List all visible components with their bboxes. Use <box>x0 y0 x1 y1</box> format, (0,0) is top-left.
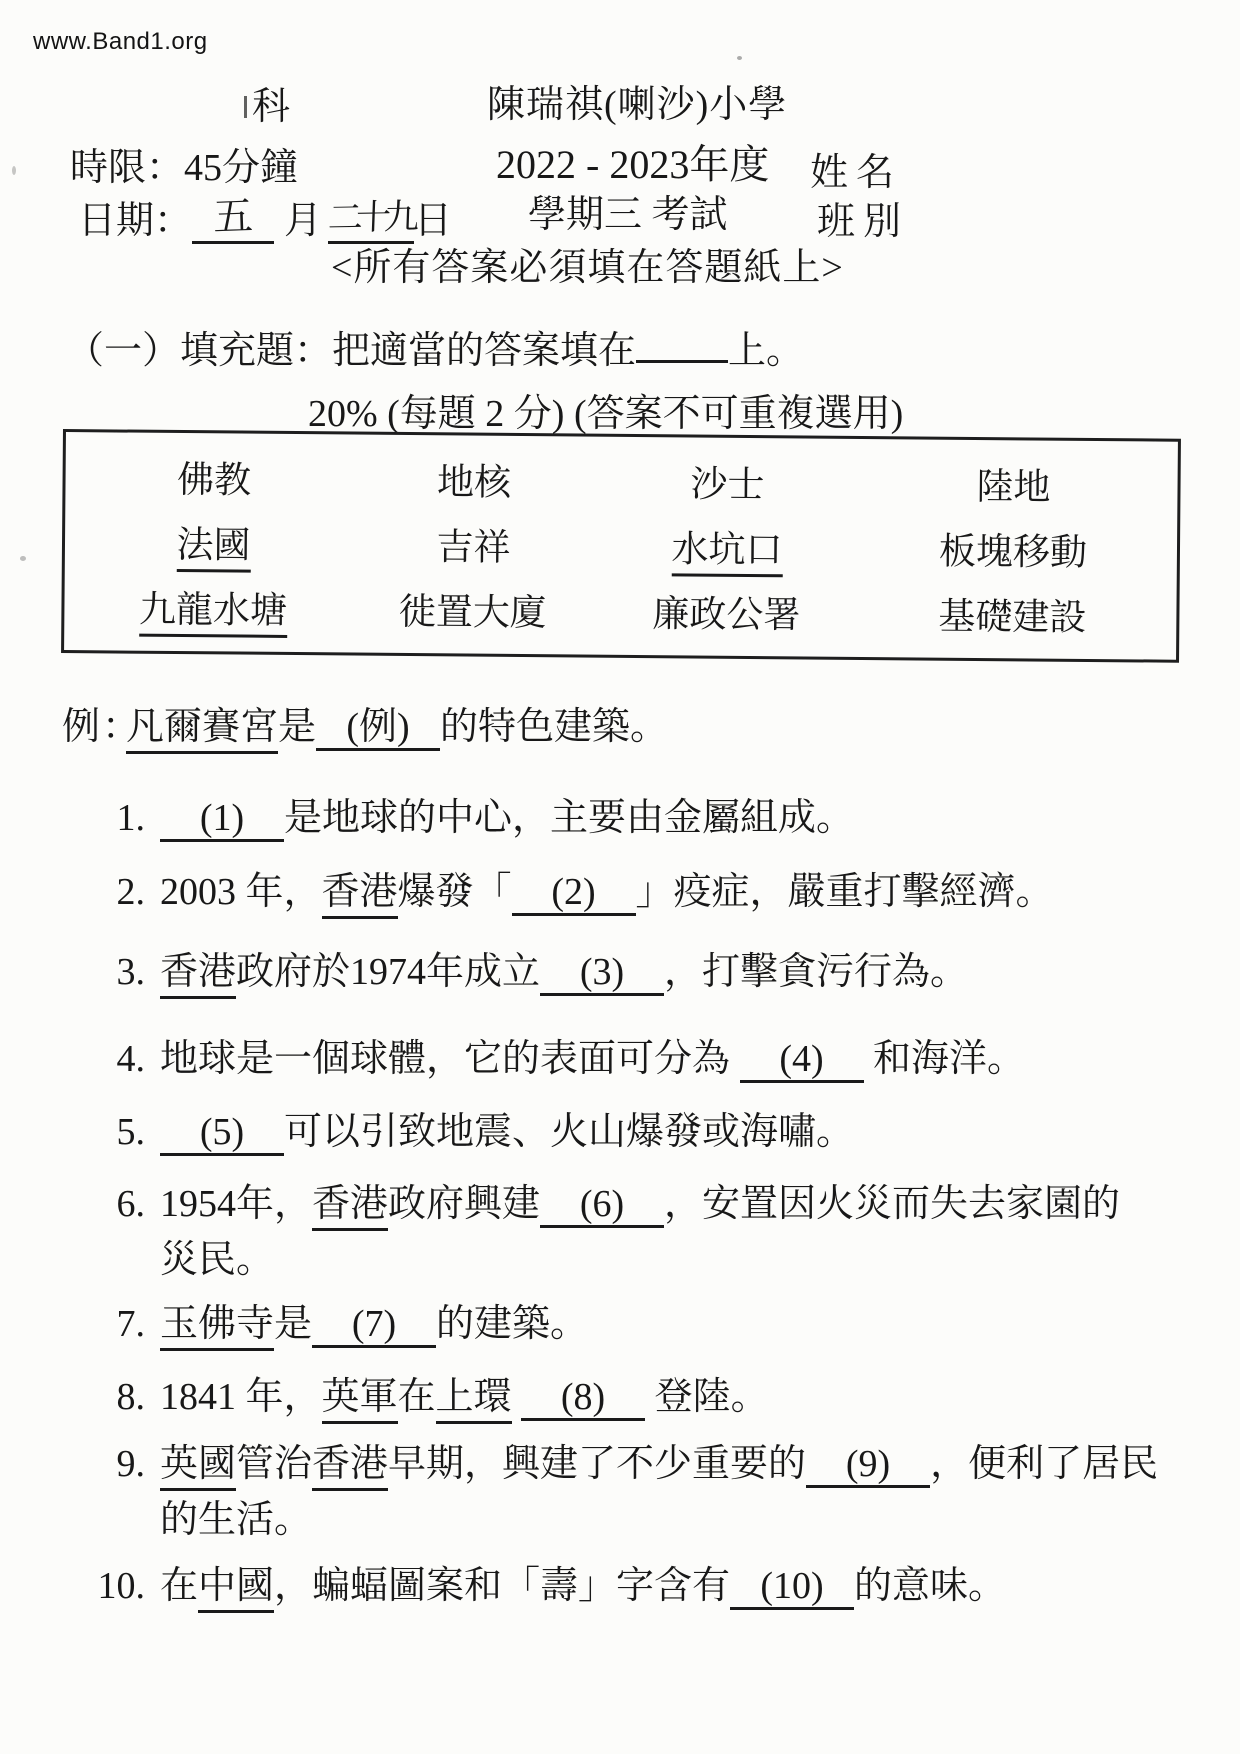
question-text: 英國管治香港早期，興建了不少重要的(9)，便利了居民的生活。 <box>160 1436 1222 1548</box>
word-bank-item: 九龍水塘 <box>139 579 287 634</box>
example-label: 例： <box>62 701 126 753</box>
word-bank-item: 地核 <box>437 451 511 506</box>
underlined-term: 香港 <box>312 1443 388 1491</box>
underlined-term: 凡爾賽宮 <box>126 706 278 754</box>
word-bank-item: 板塊移動 <box>939 521 1087 576</box>
underlined-term: 中國 <box>198 1565 274 1613</box>
fill-in-blank: (9) <box>806 1443 930 1488</box>
underlined-term: 玉佛寺 <box>160 1303 274 1351</box>
handwritten-month: 五 <box>212 193 254 240</box>
word-bank-term-underlined: 法國 <box>176 525 250 573</box>
underlined-term: 香港 <box>312 1183 388 1231</box>
word-bank-item: 陸地 <box>976 456 1050 511</box>
example-row: 例：凡爾賽宮是(例)的特色建築。 <box>62 701 668 753</box>
question-row: 6.1954年，香港政府興建(6)，安置因火災而失去家園的災民。 <box>85 1176 1222 1288</box>
word-bank-term: 吉祥 <box>436 527 510 569</box>
question-text-segment: 在 <box>398 1376 436 1418</box>
question-row: 9.英國管治香港早期，興建了不少重要的(9)，便利了居民的生活。 <box>85 1436 1222 1548</box>
question-text-segment: 災民。 <box>160 1239 274 1281</box>
question-text-segment: 是地球的中心，主要由金屬組成。 <box>284 797 854 839</box>
word-bank-box: 佛教地核沙士陸地法國吉祥水坑口板塊移動九龍水塘徙置大廈廉政公署基礎建設 <box>61 429 1181 663</box>
underlined-term: 上環 <box>436 1376 512 1424</box>
question-text-segment: 可以引致地震、火山爆發或海嘯。 <box>284 1111 854 1153</box>
underlined-term: 香港 <box>322 871 398 919</box>
word-bank-term: 廉政公署 <box>652 594 800 636</box>
section-title: （一）填充題：把適當的答案填在上。 <box>66 328 804 374</box>
underlined-term: 英軍 <box>322 1376 398 1424</box>
question-text-segment: 在 <box>160 1565 198 1607</box>
question-number: 6. <box>85 1176 145 1232</box>
question-row: 1.(1)是地球的中心，主要由金屬組成。 <box>85 790 1222 846</box>
question-row: 4.地球是一個球體，它的表面可分為 (4) 和海洋。 <box>85 1031 1222 1087</box>
question-number: 5. <box>85 1104 145 1160</box>
question-text-segment: 的意味。 <box>854 1565 1006 1607</box>
question-text-segment: 2003 年， <box>160 871 322 913</box>
question-text: 香港政府於1974年成立(3)，打擊貪污行為。 <box>160 944 1222 1000</box>
question-number: 4. <box>85 1031 145 1087</box>
section-title-suffix: 上。 <box>728 330 804 372</box>
underlined-term: 英國 <box>160 1443 236 1491</box>
word-bank-item: 水坑口 <box>671 518 782 573</box>
question-text-segment: ，蝙蝠圖案和「壽」字含有 <box>274 1565 730 1607</box>
subject-label: 科 <box>252 84 290 130</box>
question-text: 在中國，蝙蝠圖案和「壽」字含有(10)的意味。 <box>160 1558 1222 1614</box>
date-row: 日期：五月二十九日 <box>78 194 452 244</box>
question-number: 1. <box>85 790 145 846</box>
word-bank-item: 佛教 <box>177 449 251 504</box>
question-text-segment: 政府興建 <box>388 1183 540 1225</box>
question-number: 9. <box>85 1436 145 1492</box>
day-label: 日 <box>414 200 452 242</box>
section-title-blank <box>636 360 728 363</box>
cropped-character-fragment <box>244 96 247 118</box>
question-number: 10. <box>85 1558 145 1614</box>
question-row: 5.(5)可以引致地震、火山爆發或海嘯。 <box>85 1104 1222 1160</box>
scan-speck <box>737 56 742 60</box>
question-text-segment: 登陸。 <box>645 1376 769 1418</box>
question-text-segment: 1954年， <box>160 1183 312 1225</box>
fill-in-blank: (3) <box>540 951 664 996</box>
word-bank-term: 陸地 <box>976 467 1050 509</box>
fill-in-blank: (1) <box>160 797 284 842</box>
question-text-segment: 的生活。 <box>160 1499 312 1541</box>
word-bank-item: 徙置大廈 <box>399 581 547 636</box>
question-number: 7. <box>85 1296 145 1352</box>
fill-in-blank: (5) <box>160 1111 284 1156</box>
question-text: 玉佛寺是(7)的建築。 <box>160 1296 1222 1352</box>
question-row: 7.玉佛寺是(7)的建築。 <box>85 1296 1222 1352</box>
word-bank-term: 基礎建設 <box>938 597 1086 639</box>
question-number: 8. <box>85 1369 145 1425</box>
school-name: 陳瑞祺(喇沙)小學 <box>487 82 787 128</box>
fill-in-blank: (6) <box>540 1183 664 1228</box>
exam-paper-scan: www.Band1.org 科 陳瑞祺(喇沙)小學 時限：45分鐘 2022 -… <box>0 0 1240 1754</box>
date-month-blank: 五 <box>192 194 274 244</box>
watermark-url: www.Band1.org <box>33 28 208 56</box>
question-text: (1)是地球的中心，主要由金屬組成。 <box>160 790 1222 846</box>
word-bank-item: 沙士 <box>690 453 764 508</box>
question-text: 地球是一個球體，它的表面可分為 (4) 和海洋。 <box>160 1031 1222 1087</box>
word-bank-item: 吉祥 <box>436 516 510 571</box>
name-label: 姓名 <box>810 150 902 196</box>
question-text: 1841 年，英軍在上環 (8) 登陸。 <box>160 1369 1222 1425</box>
fill-in-blank: (4) <box>740 1038 864 1083</box>
question-number: 2. <box>85 864 145 920</box>
word-bank-item: 廉政公署 <box>652 583 800 638</box>
time-limit-label: 時限：45分鐘 <box>70 145 298 191</box>
fill-in-blank: (10) <box>730 1565 854 1610</box>
question-text-segment: 1841 年， <box>160 1376 322 1418</box>
word-bank-term-underlined: 九龍水塘 <box>139 590 287 638</box>
handwritten-day: 二十九 <box>327 194 420 242</box>
class-label: 班別 <box>817 199 909 245</box>
date-prefix: 日期： <box>78 200 192 242</box>
fill-in-blank: (2) <box>512 871 636 916</box>
word-bank-item: 法國 <box>176 514 250 569</box>
question-text-segment: 爆發「 <box>398 871 512 913</box>
word-bank-term: 沙士 <box>690 464 764 506</box>
fill-in-blank: (8) <box>521 1376 645 1421</box>
question-row: 8.1841 年，英軍在上環 (8) 登陸。 <box>85 1369 1222 1425</box>
question-text-segment: 的建築。 <box>436 1303 588 1345</box>
question-text-segment: 是 <box>278 706 316 748</box>
question-row: 3.香港政府於1974年成立(3)，打擊貪污行為。 <box>85 944 1222 1000</box>
question-text-segment: 是 <box>274 1303 312 1345</box>
question-text-segment: 的特色建築。 <box>440 706 668 748</box>
question-text: 1954年，香港政府興建(6)，安置因火災而失去家園的災民。 <box>160 1176 1222 1288</box>
underlined-term: 香港 <box>160 951 236 999</box>
scan-speck <box>12 166 16 175</box>
question-text-segment: ，打擊貪污行為。 <box>664 951 968 993</box>
example-text: 凡爾賽宮是(例)的特色建築。 <box>126 706 668 748</box>
scan-speck <box>20 556 26 561</box>
word-bank-term-underlined: 水坑口 <box>671 529 782 577</box>
word-bank-term: 板塊移動 <box>939 532 1087 574</box>
question-text-segment: 和海洋。 <box>864 1038 1026 1080</box>
question-text: (5)可以引致地震、火山爆發或海嘯。 <box>160 1104 1222 1160</box>
question-row: 2.2003 年，香港爆發「(2)」疫症，嚴重打擊經濟。 <box>85 864 1222 920</box>
word-bank-term: 佛教 <box>177 460 251 502</box>
word-bank-term: 地核 <box>437 462 511 504</box>
question-text-segment: 」疫症，嚴重打擊經濟。 <box>636 871 1054 913</box>
question-number: 3. <box>85 944 145 1000</box>
question-text-segment <box>512 1376 522 1418</box>
question-row: 10.在中國，蝙蝠圖案和「壽」字含有(10)的意味。 <box>85 1558 1222 1614</box>
question-text-segment: 管治 <box>236 1443 312 1485</box>
term-exam-label: 學期三 考試 <box>528 192 728 238</box>
scoring-note: 20% (每題 2 分) (答案不可重複選用) <box>308 391 903 437</box>
fill-in-blank: (7) <box>312 1303 436 1348</box>
word-bank-term: 徙置大廈 <box>399 592 547 634</box>
month-label: 月 <box>284 200 322 242</box>
question-text: 2003 年，香港爆發「(2)」疫症，嚴重打擊經濟。 <box>160 864 1222 920</box>
question-text-segment: 早期，興建了不少重要的 <box>388 1443 806 1485</box>
date-day-blank: 二十九 <box>328 194 414 244</box>
school-year: 2022 - 2023年度 <box>496 142 769 188</box>
question-text-segment: ，安置因火災而失去家園的 <box>664 1183 1120 1225</box>
fill-in-blank: (例) <box>316 706 440 751</box>
answer-sheet-instruction: <所有答案必須填在答題紙上> <box>331 245 844 291</box>
word-bank-item: 基礎建設 <box>938 586 1086 641</box>
section-title-text: （一）填充題：把適當的答案填在 <box>66 330 636 372</box>
question-text-segment: 地球是一個球體，它的表面可分為 <box>160 1038 740 1080</box>
question-text-segment: 政府於1974年成立 <box>236 951 540 993</box>
question-text-segment: ，便利了居民 <box>930 1443 1158 1485</box>
